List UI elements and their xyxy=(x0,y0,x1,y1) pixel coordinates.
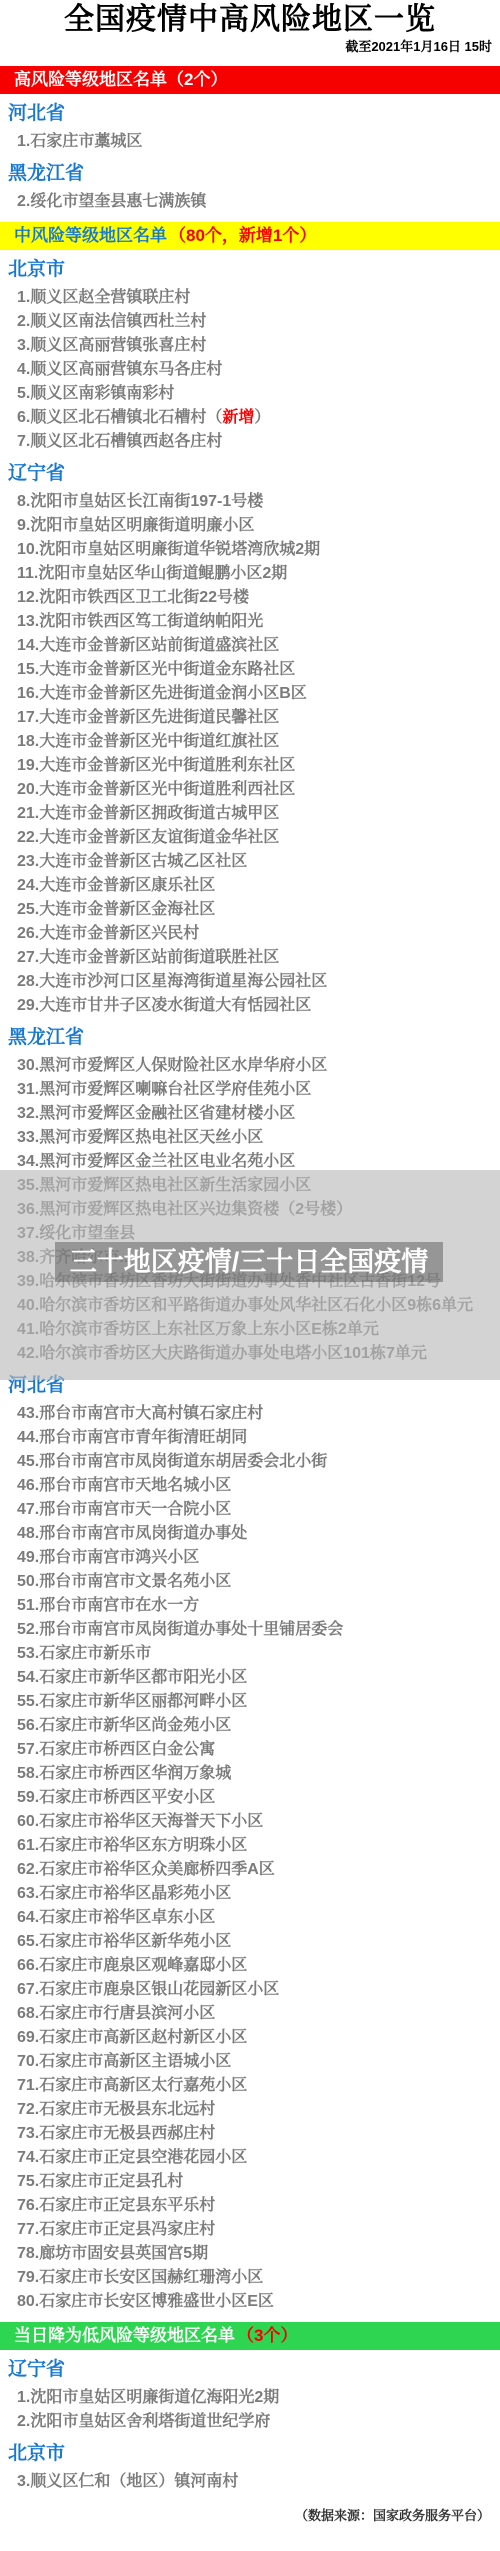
list-item: 13.沈阳市铁西区笃工街道纳帕阳光 xyxy=(0,610,500,634)
list-item: 72.石家庄市无极县东北远村 xyxy=(0,2098,500,2122)
section-bar-count: （3个） xyxy=(237,2326,297,2345)
list-item: 50.邢台市南宫市文景名苑小区 xyxy=(0,1570,500,1594)
section-bar-label: 高风险等级地区名单（2个） xyxy=(14,70,227,89)
list-item: 47.邢台市南宫市天一合院小区 xyxy=(0,1498,500,1522)
list-item: 15.大连市金普新区光中街道金东路社区 xyxy=(0,658,500,682)
list-item: 31.黑河市爱辉区喇嘛台社区学府佳苑小区 xyxy=(0,1078,500,1102)
list-item: 18.大连市金普新区光中街道红旗社区 xyxy=(0,730,500,754)
page-title: 全国疫情中高风险地区一览 xyxy=(0,0,500,38)
list-item: 74.石家庄市正定县空港花园小区 xyxy=(0,2146,500,2170)
list-item: 48.邢台市南宫市凤岗街道办事处 xyxy=(0,1522,500,1546)
list-item: 59.石家庄市桥西区平安小区 xyxy=(0,1786,500,1810)
list-item: 19.大连市金普新区光中街道胜利东社区 xyxy=(0,754,500,778)
list-item: 7.顺义区北石槽镇西赵各庄村 xyxy=(0,430,500,454)
list-item: 68.石家庄市行唐县滨河小区 xyxy=(0,2002,500,2026)
province-header: 北京市 xyxy=(8,2442,500,2466)
list-item: 8.沈阳市皇姑区长江南街197-1号楼 xyxy=(0,490,500,514)
list-item: 33.黑河市爱辉区热电社区天丝小区 xyxy=(0,1126,500,1150)
list-item: 69.石家庄市高新区赵村新区小区 xyxy=(0,2026,500,2050)
list-item: 78.廊坊市固安县英国宫5期 xyxy=(0,2242,500,2266)
infographic-root: 全国疫情中高风险地区一览 截至2021年1月16日 15时 高风险等级地区名单（… xyxy=(0,0,500,2551)
list-item: 55.石家庄市新华区丽都河畔小区 xyxy=(0,1690,500,1714)
province-header: 河北省 xyxy=(8,102,500,126)
list-item: 14.大连市金普新区站前街道盛滨社区 xyxy=(0,634,500,658)
list-item: 43.邢台市南宫市大高村镇石家庄村 xyxy=(0,1402,500,1426)
list-item: 1.石家庄市藁城区 xyxy=(0,130,500,154)
list-item: 9.沈阳市皇姑区明廉街道明廉小区 xyxy=(0,514,500,538)
list-item: 12.沈阳市铁西区卫工北街22号楼 xyxy=(0,586,500,610)
risk-sections: 高风险等级地区名单（2个）河北省1.石家庄市藁城区黑龙江省2.绥化市望奎县惠七满… xyxy=(0,66,500,2494)
list-item: 51.邢台市南宫市在水一方 xyxy=(0,1594,500,1618)
section-bar-high-risk: 高风险等级地区名单（2个） xyxy=(0,66,500,94)
list-item: 38.齐齐哈尔市... xyxy=(0,1246,500,1270)
list-item: 45.邢台市南宫市凤岗街道东胡居委会北小街 xyxy=(0,1450,500,1474)
list-item: 73.石家庄市无极县西郝庄村 xyxy=(0,2122,500,2146)
province-header: 辽宁省 xyxy=(8,462,500,486)
list-item: 10.沈阳市皇姑区明廉街道华锐塔湾欣城2期 xyxy=(0,538,500,562)
list-item: 17.大连市金普新区先进街道民馨社区 xyxy=(0,706,500,730)
list-item: 30.黑河市爱辉区人保财险社区水岸华府小区 xyxy=(0,1054,500,1078)
province-header: 辽宁省 xyxy=(8,2358,500,2382)
list-item: 2.顺义区南法信镇西杜兰村 xyxy=(0,310,500,334)
list-item: 16.大连市金普新区先进街道金润小区B区 xyxy=(0,682,500,706)
list-item: 63.石家庄市裕华区晶彩苑小区 xyxy=(0,1882,500,1906)
list-item: 35.黑河市爱辉区热电社区新生活家园小区 xyxy=(0,1174,500,1198)
list-item: 34.黑河市爱辉区金兰社区电业名苑小区 xyxy=(0,1150,500,1174)
list-item: 32.黑河市爱辉区金融社区省建材楼小区 xyxy=(0,1102,500,1126)
list-item: 23.大连市金普新区古城乙区社区 xyxy=(0,850,500,874)
list-item: 24.大连市金普新区康乐社区 xyxy=(0,874,500,898)
list-item: 21.大连市金普新区拥政街道古城甲区 xyxy=(0,802,500,826)
list-item: 53.石家庄市新乐市 xyxy=(0,1642,500,1666)
list-item: 2.绥化市望奎县惠七满族镇 xyxy=(0,190,500,214)
list-item: 44.邢台市南宫市青年街清旺胡同 xyxy=(0,1426,500,1450)
list-item: 66.石家庄市鹿泉区观峰嘉邸小区 xyxy=(0,1954,500,1978)
as-of-timestamp: 截至2021年1月16日 15时 xyxy=(0,38,500,58)
list-item: 49.邢台市南宫市鸿兴小区 xyxy=(0,1546,500,1570)
list-item: 71.石家庄市高新区太行嘉苑小区 xyxy=(0,2074,500,2098)
list-item: 37.绥化市望奎县 xyxy=(0,1222,500,1246)
list-item: 54.石家庄市新华区都市阳光小区 xyxy=(0,1666,500,1690)
list-item: 11.沈阳市皇姑区华山街道鲲鹏小区2期 xyxy=(0,562,500,586)
section-bar-label: 中风险等级地区名单 xyxy=(14,226,167,245)
province-header: 黑龙江省 xyxy=(8,162,500,186)
list-item: 79.石家庄市长安区国赫红珊湾小区 xyxy=(0,2266,500,2290)
list-item: 25.大连市金普新区金海社区 xyxy=(0,898,500,922)
section-bar-label: 当日降为低风险等级地区名单 xyxy=(14,2326,235,2345)
province-header: 北京市 xyxy=(8,258,500,282)
province-header: 河北省 xyxy=(8,1374,500,1398)
list-item: 39.哈尔滨市香坊区香坊大街街道办事处香中社区古香街12号 xyxy=(0,1270,500,1294)
list-item: 77.石家庄市正定县冯家庄村 xyxy=(0,2218,500,2242)
list-item: 76.石家庄市正定县东平乐村 xyxy=(0,2194,500,2218)
list-item: 26.大连市金普新区兴民村 xyxy=(0,922,500,946)
list-item: 62.石家庄市裕华区众美廊桥四季A区 xyxy=(0,1858,500,1882)
section-bar-count: （80个，新增1个） xyxy=(169,226,316,245)
list-item: 52.邢台市南宫市凤岗街道办事处十里铺居委会 xyxy=(0,1618,500,1642)
list-item: 28.大连市沙河口区星海湾街道星海公园社区 xyxy=(0,970,500,994)
section-bar-medium-risk: 中风险等级地区名单（80个，新增1个） xyxy=(0,222,500,250)
list-item: 56.石家庄市新华区尚金苑小区 xyxy=(0,1714,500,1738)
new-tag: 新增 xyxy=(222,409,254,426)
list-item: 80.石家庄市长安区博雅盛世小区E区 xyxy=(0,2290,500,2314)
data-source-note: （数据来源：国家政务服务平台） xyxy=(0,2494,500,2534)
list-item: 64.石家庄市裕华区卓东小区 xyxy=(0,1906,500,1930)
list-item: 1.顺义区赵全营镇联庄村 xyxy=(0,286,500,310)
list-item: 75.石家庄市正定县孔村 xyxy=(0,2170,500,2194)
section-bar-lowered-to-low-risk: 当日降为低风险等级地区名单（3个） xyxy=(0,2322,500,2350)
list-item: 27.大连市金普新区站前街道联胜社区 xyxy=(0,946,500,970)
list-item: 22.大连市金普新区友谊街道金华社区 xyxy=(0,826,500,850)
list-item: 4.顺义区高丽营镇东马各庄村 xyxy=(0,358,500,382)
list-item: 67.石家庄市鹿泉区银山花园新区小区 xyxy=(0,1978,500,2002)
list-item: 5.顺义区南彩镇南彩村 xyxy=(0,382,500,406)
list-item: 41.哈尔滨市香坊区上东社区万象上东小区E栋2单元 xyxy=(0,1318,500,1342)
list-item: 46.邢台市南宫市天地名城小区 xyxy=(0,1474,500,1498)
list-item: 57.石家庄市桥西区白金公寓 xyxy=(0,1738,500,1762)
list-item: 36.黑河市爱辉区热电社区兴边集资楼（2号楼） xyxy=(0,1198,500,1222)
list-item: 1.沈阳市皇姑区明廉街道亿海阳光2期 xyxy=(0,2386,500,2410)
list-item: 70.石家庄市高新区主语城小区 xyxy=(0,2050,500,2074)
list-item: 3.顺义区高丽营镇张喜庄村 xyxy=(0,334,500,358)
list-item: 58.石家庄市桥西区华润万象城 xyxy=(0,1762,500,1786)
list-item: 6.顺义区北石槽镇北石槽村（新增） xyxy=(0,406,500,430)
list-item: 42.哈尔滨市香坊区大庆路街道办事处电塔小区101栋7单元 xyxy=(0,1342,500,1366)
province-header: 黑龙江省 xyxy=(8,1026,500,1050)
list-item: 40.哈尔滨市香坊区和平路街道办事处风华社区石化小区9栋6单元 xyxy=(0,1294,500,1318)
list-item: 61.石家庄市裕华区东方明珠小区 xyxy=(0,1834,500,1858)
list-item: 3.顺义区仁和（地区）镇河南村 xyxy=(0,2470,500,2494)
list-item: 20.大连市金普新区光中街道胜利西社区 xyxy=(0,778,500,802)
list-item: 65.石家庄市裕华区新华苑小区 xyxy=(0,1930,500,1954)
list-item: 2.沈阳市皇姑区舍利塔街道世纪学府 xyxy=(0,2410,500,2434)
list-item: 29.大连市甘井子区凌水街道大有恬园社区 xyxy=(0,994,500,1018)
list-item: 60.石家庄市裕华区天海誉天下小区 xyxy=(0,1810,500,1834)
